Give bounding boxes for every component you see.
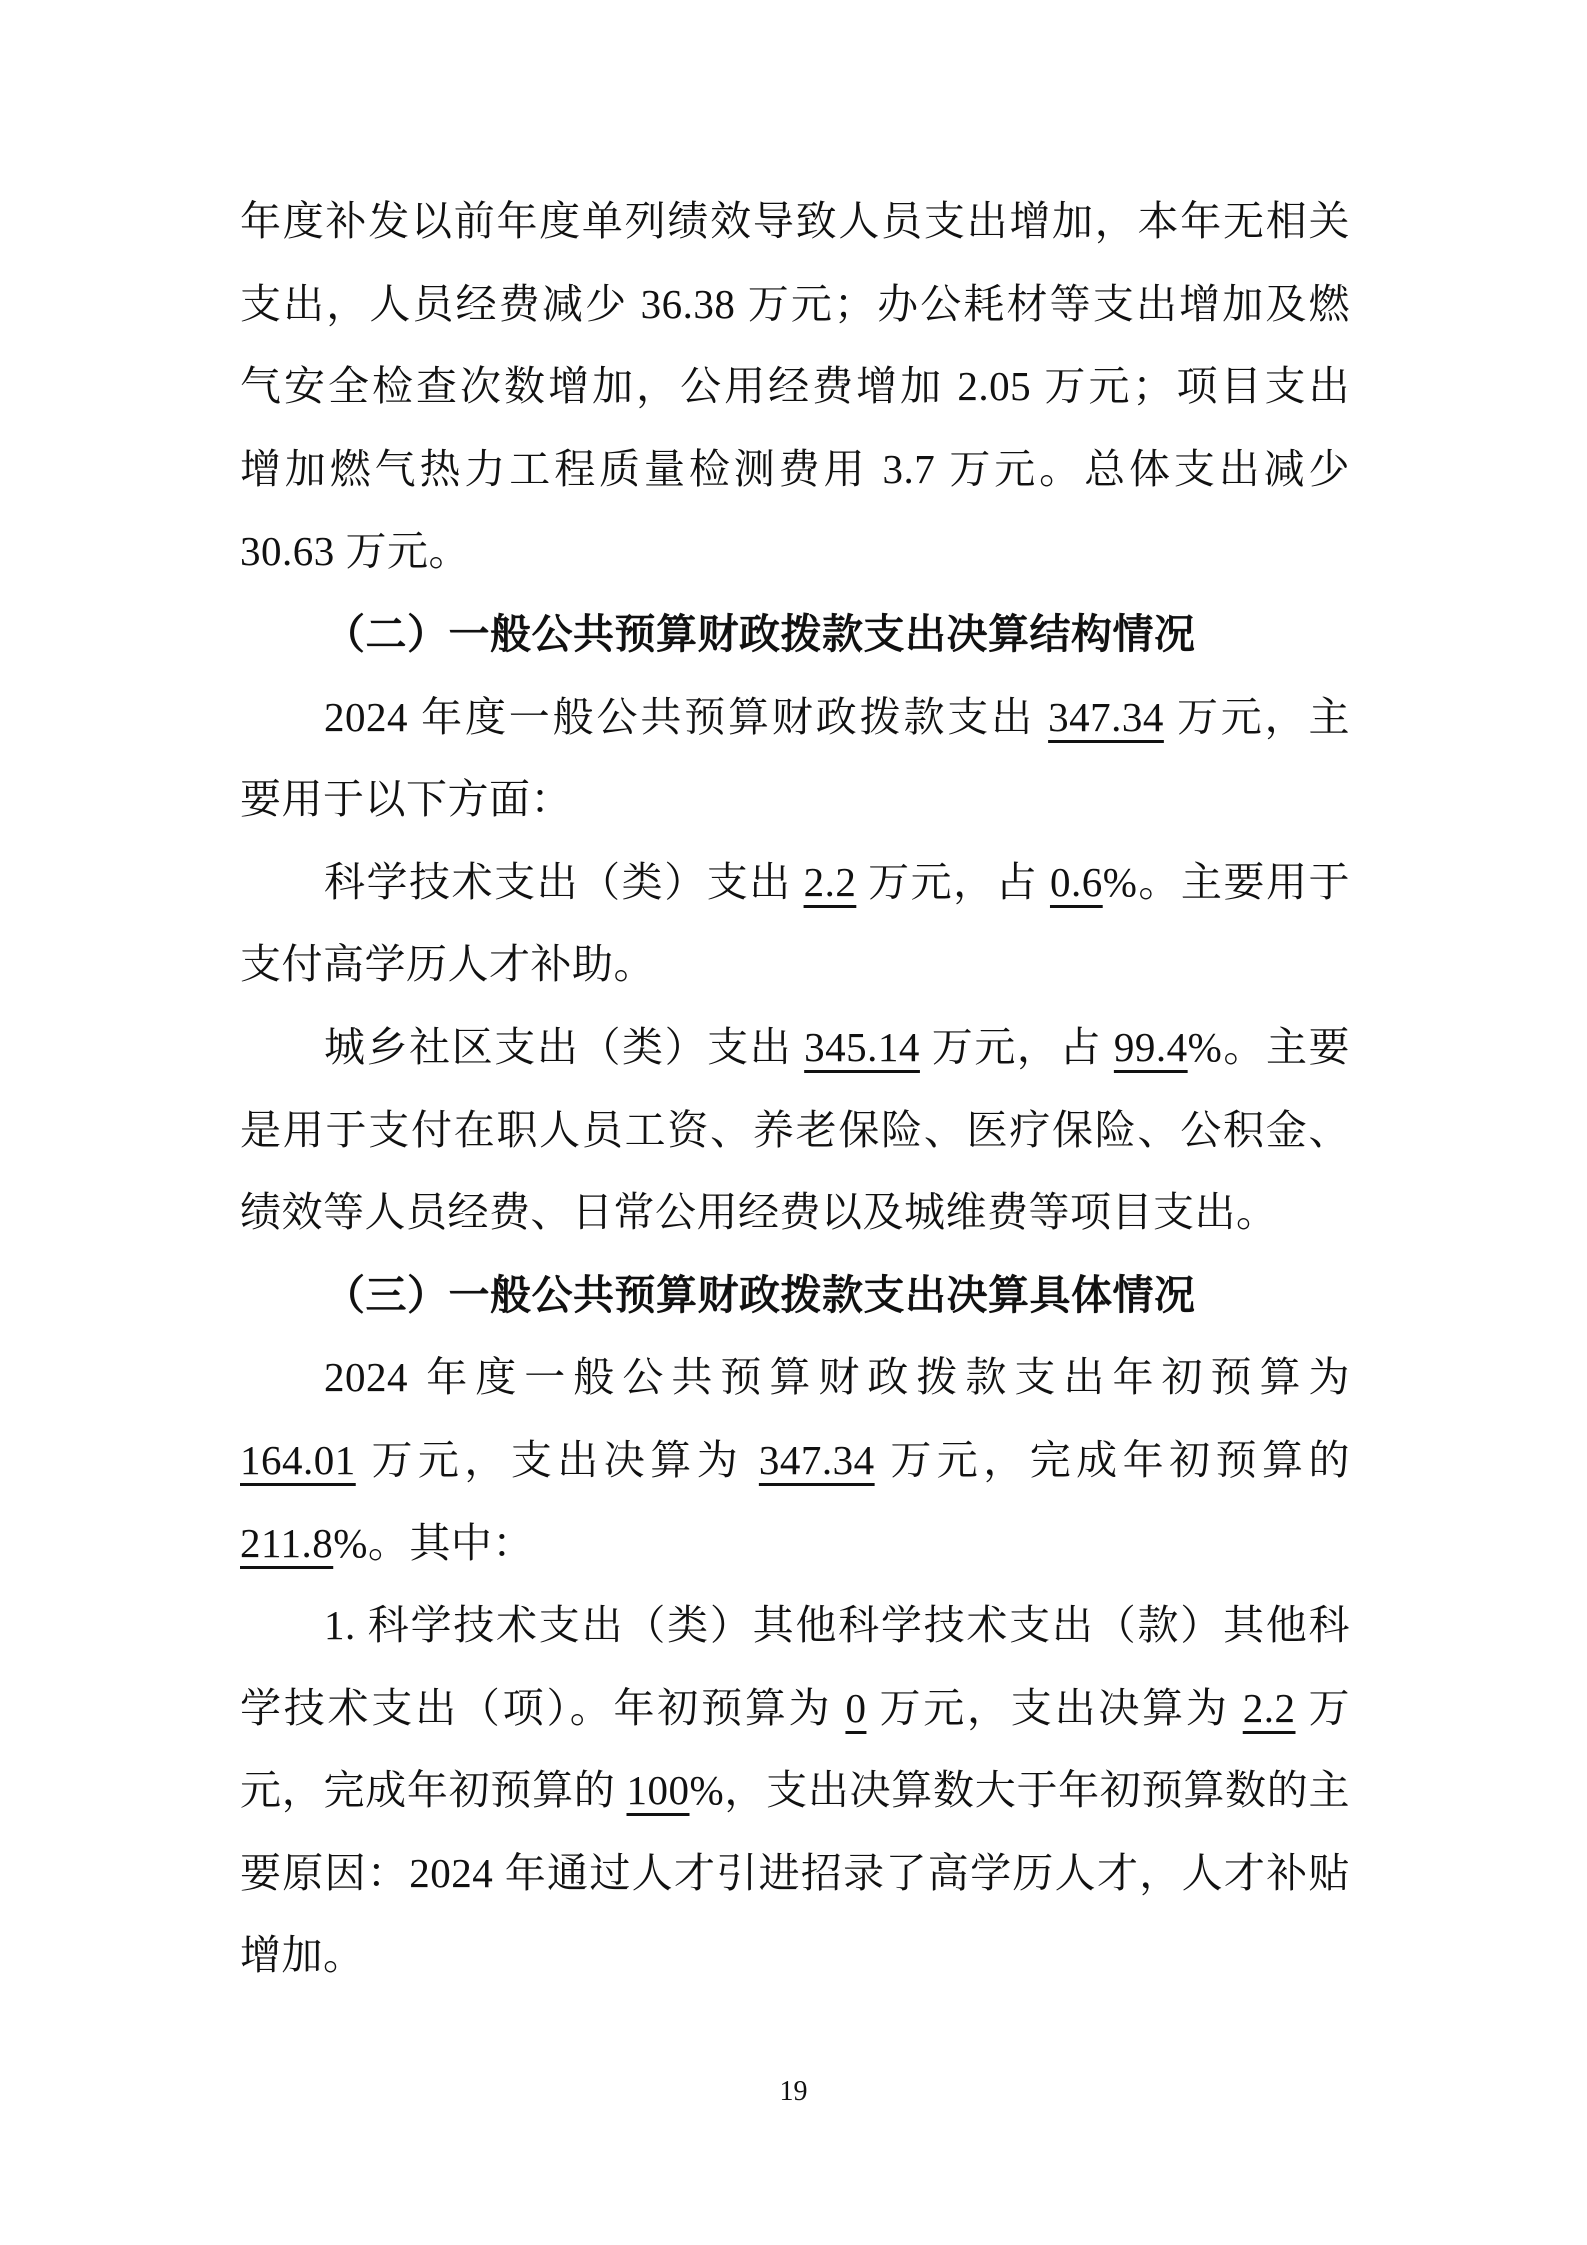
text-segment: 1. 科学技术支出（类）其他科学技术支出（款）其他科 — [324, 1602, 1350, 1648]
text-segment: %。主要用于 — [1103, 859, 1350, 905]
underlined-value: 164.01 — [240, 1437, 356, 1483]
text-segment: （二）一般公共预算财政拨款支出决算结构情况 — [324, 611, 1196, 657]
text-segment: 万元，完成年初预算的 — [875, 1437, 1350, 1483]
underlined-value: 99.4 — [1114, 1024, 1188, 1070]
text-line: 2024 年度一般公共预算财政拨款支出年初预算为 — [240, 1336, 1350, 1419]
text-line: 城乡社区支出（类）支出 345.14 万元，占 99.4%。主要 — [240, 1006, 1350, 1089]
underlined-value: 2.2 — [804, 859, 857, 905]
text-segment: 支出，人员经费减少 36.38 万元；办公耗材等支出增加及燃 — [240, 281, 1350, 327]
text-line: 164.01 万元，支出决算为 347.34 万元，完成年初预算的 — [240, 1419, 1350, 1502]
text-line: 211.8%。其中： — [240, 1502, 1350, 1585]
text-line: 要用于以下方面： — [240, 758, 1350, 841]
text-segment: 年度补发以前年度单列绩效导致人员支出增加，本年无相关 — [240, 198, 1350, 244]
text-line: 增加燃气热力工程质量检测费用 3.7 万元。总体支出减少 — [240, 428, 1350, 511]
text-line: 是用于支付在职人员工资、养老保险、医疗保险、公积金、 — [240, 1089, 1350, 1172]
text-segment: 万元，主 — [1164, 694, 1350, 740]
underlined-value: 100 — [627, 1767, 690, 1813]
text-line: 增加。 — [240, 1914, 1350, 1997]
text-segment: 科学技术支出（类）支出 — [324, 859, 804, 905]
text-segment: 支付高学历人才补助。 — [240, 941, 655, 987]
text-segment: %。主要 — [1188, 1024, 1350, 1070]
underlined-value: 211.8 — [240, 1520, 333, 1566]
text-line: 年度补发以前年度单列绩效导致人员支出增加，本年无相关 — [240, 180, 1350, 263]
text-segment: %。其中： — [333, 1520, 534, 1566]
text-line: 支出，人员经费减少 36.38 万元；办公耗材等支出增加及燃 — [240, 263, 1350, 346]
text-segment: 气安全检查次数增加，公用经费增加 2.05 万元；项目支出 — [240, 363, 1350, 409]
text-line: 绩效等人员经费、日常公用经费以及城维费等项目支出。 — [240, 1171, 1350, 1254]
text-segment: 城乡社区支出（类）支出 — [324, 1024, 804, 1070]
text-line: 学技术支出（项）。年初预算为 0 万元，支出决算为 2.2 万 — [240, 1667, 1350, 1750]
text-line: 气安全检查次数增加，公用经费增加 2.05 万元；项目支出 — [240, 345, 1350, 428]
underlined-value: 0 — [845, 1685, 866, 1731]
text-segment: 增加。 — [240, 1932, 365, 1978]
text-line: 科学技术支出（类）支出 2.2 万元，占 0.6%。主要用于 — [240, 841, 1350, 924]
underlined-value: 347.34 — [759, 1437, 875, 1483]
text-segment: 万元，支出决算为 — [356, 1437, 759, 1483]
text-segment: 元，完成年初预算的 — [240, 1767, 627, 1813]
text-segment: 要原因：2024 年通过人才引进招录了高学历人才，人才补贴 — [240, 1850, 1350, 1896]
section-heading: （二）一般公共预算财政拨款支出决算结构情况 — [240, 593, 1350, 676]
text-line: 2024 年度一般公共预算财政拨款支出 347.34 万元，主 — [240, 676, 1350, 759]
text-segment: 万元，占 — [920, 1024, 1114, 1070]
text-line: 要原因：2024 年通过人才引进招录了高学历人才，人才补贴 — [240, 1832, 1350, 1915]
text-segment: （三）一般公共预算财政拨款支出决算具体情况 — [324, 1272, 1196, 1318]
text-line: 30.63 万元。 — [240, 510, 1350, 593]
underlined-value: 347.34 — [1048, 694, 1164, 740]
underlined-value: 345.14 — [804, 1024, 920, 1070]
text-line: 1. 科学技术支出（类）其他科学技术支出（款）其他科 — [240, 1584, 1350, 1667]
underlined-value: 0.6 — [1050, 859, 1103, 905]
text-segment: 万元，占 — [856, 859, 1050, 905]
text-segment: 增加燃气热力工程质量检测费用 3.7 万元。总体支出减少 — [240, 446, 1350, 492]
text-segment: 万元，支出决算为 — [866, 1685, 1242, 1731]
text-segment: 是用于支付在职人员工资、养老保险、医疗保险、公积金、 — [240, 1107, 1350, 1153]
text-line: 支付高学历人才补助。 — [240, 923, 1350, 1006]
text-segment: 绩效等人员经费、日常公用经费以及城维费等项目支出。 — [240, 1189, 1278, 1235]
document-text: 年度补发以前年度单列绩效导致人员支出增加，本年无相关支出，人员经费减少 36.3… — [240, 180, 1350, 1997]
text-segment: 学技术支出（项）。年初预算为 — [240, 1685, 845, 1731]
page-number: 19 — [0, 2072, 1587, 2112]
text-segment: 万 — [1295, 1685, 1350, 1731]
text-segment: 2024 年度一般公共预算财政拨款支出年初预算为 — [324, 1354, 1350, 1400]
text-segment: 30.63 万元。 — [240, 528, 470, 574]
underlined-value: 2.2 — [1243, 1685, 1296, 1731]
text-segment: 2024 年度一般公共预算财政拨款支出 — [324, 694, 1048, 740]
text-segment: 要用于以下方面： — [240, 776, 572, 822]
text-line: 元，完成年初预算的 100%，支出决算数大于年初预算数的主 — [240, 1749, 1350, 1832]
section-heading: （三）一般公共预算财政拨款支出决算具体情况 — [240, 1254, 1350, 1337]
text-segment: %，支出决算数大于年初预算数的主 — [690, 1767, 1351, 1813]
document-page: 年度补发以前年度单列绩效导致人员支出增加，本年无相关支出，人员经费减少 36.3… — [0, 0, 1587, 2245]
